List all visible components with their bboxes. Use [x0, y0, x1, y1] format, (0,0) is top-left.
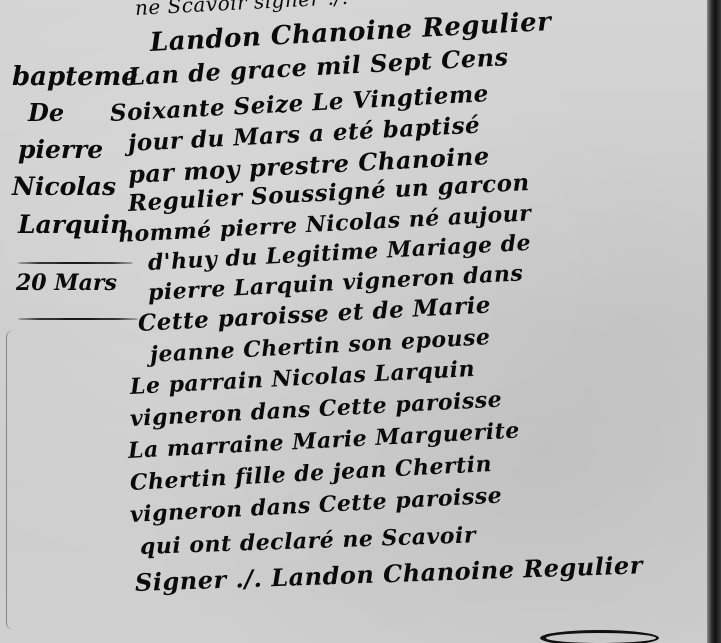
- margin-date: 20 Mars: [16, 270, 117, 296]
- margin-title-bapteme: bapteme: [12, 62, 138, 92]
- signature-paraph-flourish: [540, 630, 659, 643]
- manuscript-page: ne Scavoir signer ./. Landon Chanoine Re…: [0, 0, 721, 643]
- page-binding-edge: [707, 0, 721, 643]
- previous-entry-line-1: ne Scavoir signer ./.: [134, 0, 349, 20]
- margin-flourish-top: [18, 262, 133, 264]
- margin-title-de: De: [28, 98, 64, 127]
- margin-name-nicolas: Nicolas: [12, 172, 116, 201]
- margin-surname-larquin: Larquin: [18, 210, 128, 239]
- body-line-16: qui ont declaré ne Scavoir: [140, 522, 477, 560]
- margin-flourish-bottom: [18, 318, 138, 320]
- paper-crease: [6, 330, 21, 630]
- margin-name-pierre: pierre: [18, 135, 103, 164]
